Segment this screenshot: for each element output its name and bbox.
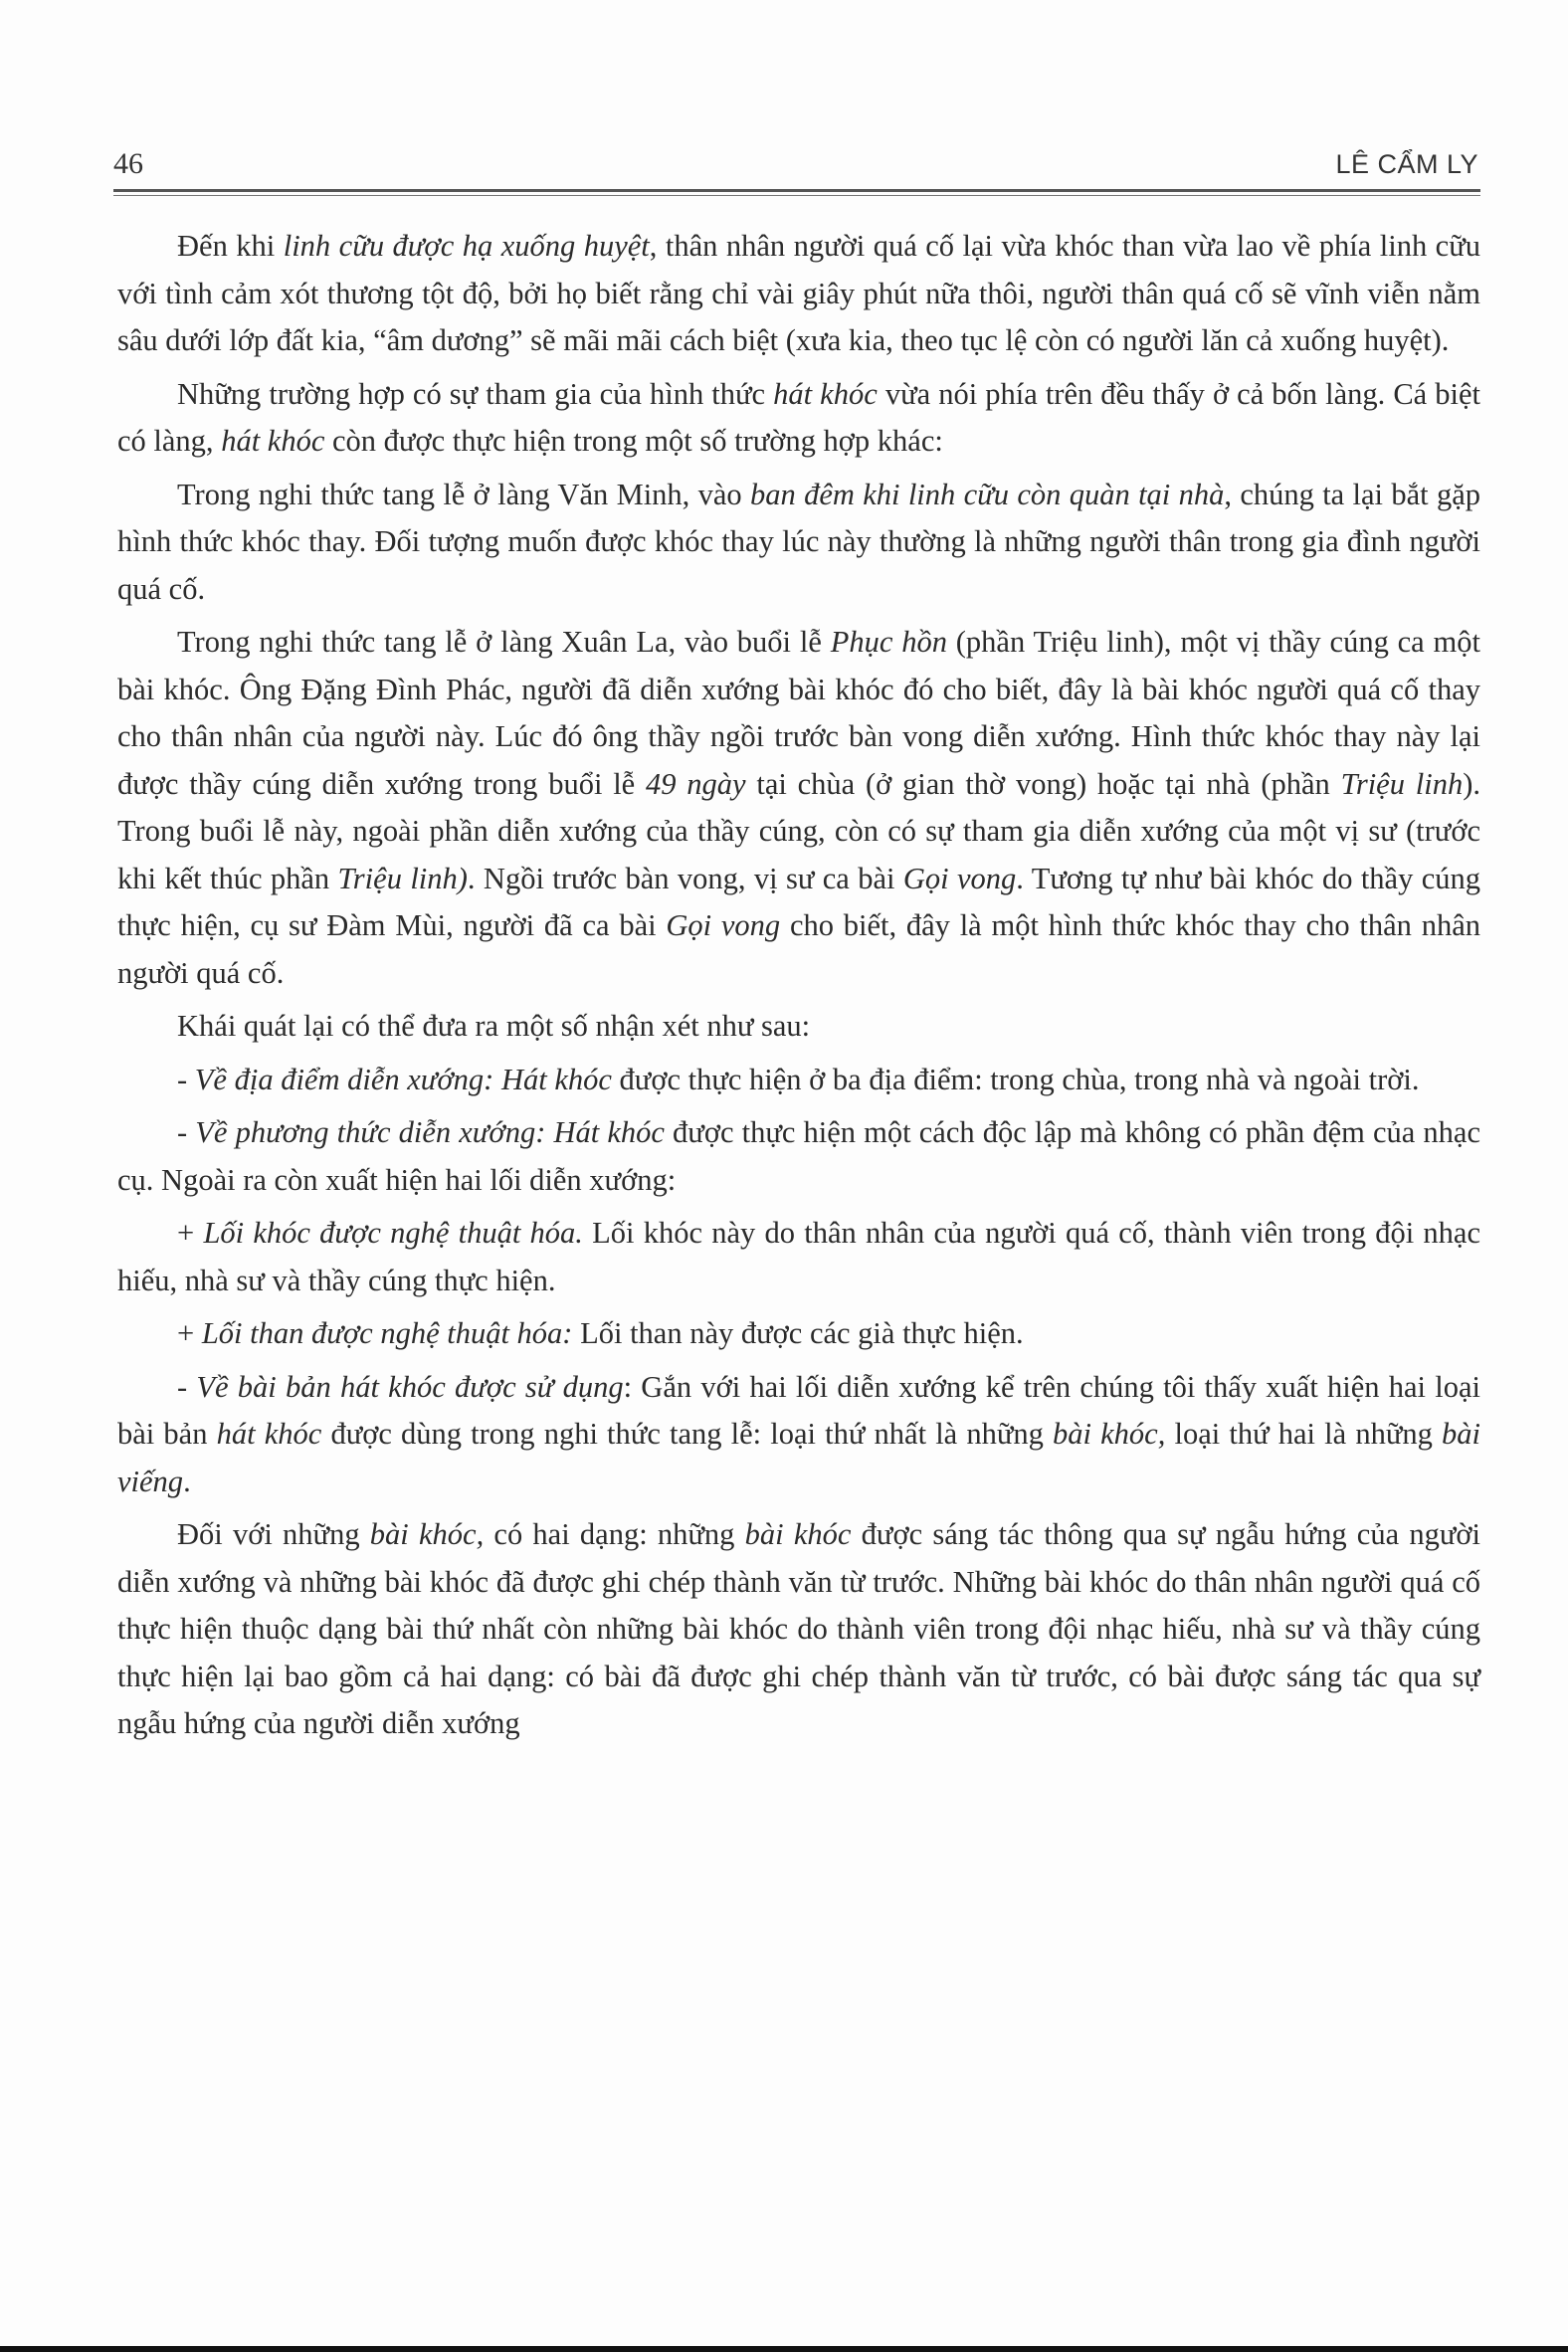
text: . Ngồi trước bàn vong, vị sư ca bài (468, 862, 903, 895)
text: - (177, 1370, 196, 1404)
text: Những trường hợp có sự tham gia của hình… (177, 377, 773, 411)
text: tại chùa (ở gian thờ vong) hoặc tại nhà … (746, 767, 1341, 801)
paragraph: - Về phương thức diễn xướng: Hát khóc đư… (117, 1109, 1480, 1204)
italic-text: Về phương thức diễn xướng: Hát khóc (195, 1115, 665, 1149)
text: - (177, 1115, 195, 1149)
paragraph: - Về bài bản hát khóc được sử dụng: Gắn … (117, 1364, 1480, 1506)
text: . (183, 1465, 191, 1498)
paragraph: + Lối than được nghệ thuật hóa: Lối than… (117, 1310, 1480, 1358)
italic-text: bài khóc, (370, 1517, 484, 1551)
italic-text: Gọi vong (666, 908, 780, 942)
page-number: 46 (113, 147, 143, 181)
text: Trong nghi thức tang lễ ở làng Văn Minh,… (177, 478, 750, 511)
text: còn được thực hiện trong một số trường h… (324, 424, 942, 458)
italic-text: Lối khóc được nghệ thuật hóa. (203, 1216, 582, 1250)
paragraph: + Lối khóc được nghệ thuật hóa. Lối khóc… (117, 1210, 1480, 1304)
italic-text: Gọi vong (903, 862, 1016, 895)
paragraph: Trong nghi thức tang lễ ở làng Xuân La, … (117, 619, 1480, 997)
text: - (177, 1063, 195, 1096)
italic-text: Triệu linh) (338, 862, 468, 895)
paragraph: Khái quát lại có thể đưa ra một số nhận … (117, 1003, 1480, 1051)
text: + (177, 1316, 202, 1350)
text: được thực hiện ở ba địa điểm: trong chùa… (612, 1063, 1420, 1096)
text: loại thứ hai là những (1165, 1417, 1442, 1451)
italic-text: Về bài bản hát khóc được sử dụng (196, 1370, 623, 1404)
italic-text: hát khóc (217, 1417, 322, 1451)
paragraph: Trong nghi thức tang lễ ở làng Văn Minh,… (117, 472, 1480, 614)
text: Khái quát lại có thể đưa ra một số nhận … (177, 1009, 810, 1043)
italic-text: linh cữu được hạ xuống huyệt (284, 229, 650, 263)
paragraph: Những trường hợp có sự tham gia của hình… (117, 371, 1480, 466)
text: Đến khi (177, 229, 284, 263)
text: Lối than này được các già thực hiện. (572, 1316, 1023, 1350)
text: được dùng trong nghi thức tang lễ: loại … (321, 1417, 1053, 1451)
italic-text: hát khóc (773, 377, 878, 411)
text: + (177, 1216, 203, 1250)
body-text: Đến khi linh cữu được hạ xuống huyệt, th… (117, 223, 1480, 1754)
text: Đối với những (177, 1517, 370, 1551)
page-header: 46 LÊ CẨM LY (113, 147, 1478, 187)
text: có hai dạng: những (484, 1517, 744, 1551)
italic-text: ban đêm khi linh cữu còn quàn tại nhà (750, 478, 1224, 511)
italic-text: Về địa điểm diễn xướng: Hát khóc (195, 1063, 612, 1096)
italic-text: 49 ngày (646, 767, 746, 801)
italic-text: hát khóc (221, 424, 324, 458)
text: Trong nghi thức tang lễ ở làng Xuân La, … (177, 625, 831, 659)
paragraph: - Về địa điểm diễn xướng: Hát khóc được … (117, 1057, 1480, 1104)
header-rule (113, 189, 1480, 192)
paragraph: Đến khi linh cữu được hạ xuống huyệt, th… (117, 223, 1480, 365)
scan-edge (0, 2346, 1568, 2352)
italic-text: Triệu linh (1341, 767, 1464, 801)
running-head-author: LÊ CẨM LY (1335, 149, 1478, 180)
paragraph: Đối với những bài khóc, có hai dạng: nhữ… (117, 1511, 1480, 1748)
italic-text: Lối than được nghệ thuật hóa: (202, 1316, 573, 1350)
italic-text: bài khóc (745, 1517, 852, 1551)
italic-text: bài khóc, (1053, 1417, 1165, 1451)
header-rule-thin (113, 195, 1480, 196)
italic-text: Phục hồn (831, 625, 947, 659)
